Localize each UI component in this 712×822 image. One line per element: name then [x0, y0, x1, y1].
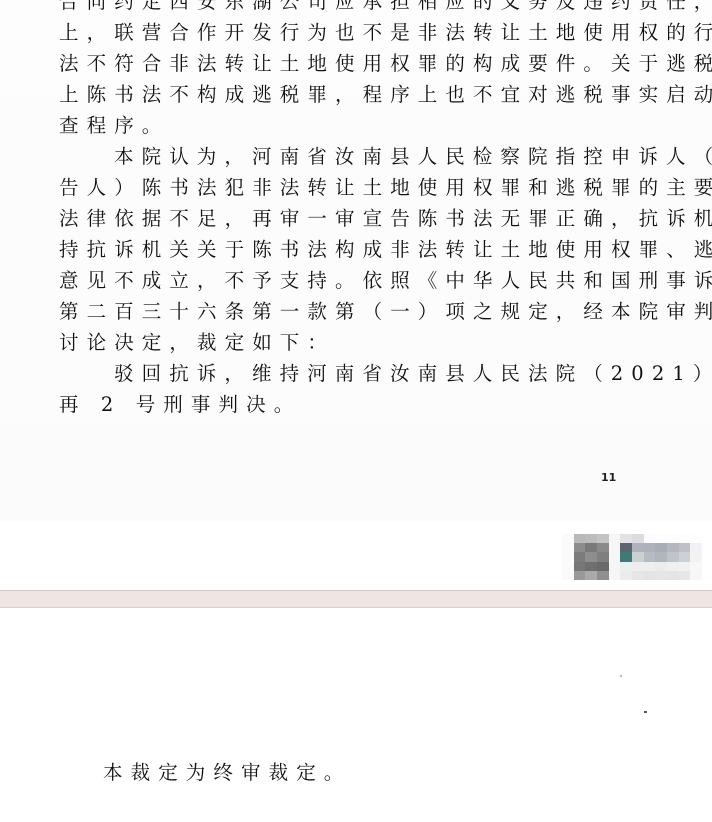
- text-line: 查程序。: [59, 110, 619, 141]
- text-line: 上陈书法不构成逃税罪，程序上也不宜对逃税事实启动再审审: [59, 79, 619, 110]
- text-line: 意见不成立，不予支持。依照《中华人民共和国刑事诉讼法》: [59, 265, 619, 296]
- document-page-12: [0, 608, 712, 822]
- text-line: 法律依据不足，再审一审宣告陈书法无罪正确，抗诉机关及支: [59, 203, 619, 234]
- page-11-body-text: 合同约定西安东湖公司应承担相应的义务及违约责任，在性质 上，联营合作开发行为也不…: [59, 0, 619, 420]
- document-page-11: 合同约定西安东湖公司应承担相应的义务及违约责任，在性质 上，联营合作开发行为也不…: [0, 0, 712, 590]
- text-line: 上，联营合作开发行为也不是非法转让土地使用权的行为，依: [59, 17, 619, 48]
- scan-speck: [644, 711, 647, 713]
- text-line: 持抗诉机关关于陈书法构成非法转让土地使用权罪、逃税罪的: [59, 234, 619, 265]
- text-line: 告人）陈书法犯非法转让土地使用权罪和逃税罪的主要证据和: [59, 172, 619, 203]
- text-line: 第二百三十六条第一款第（一）项之规定，经本院审判委员会: [59, 296, 619, 327]
- final-ruling-line: 本裁定为终审裁定。: [103, 757, 351, 788]
- page-separator: [0, 590, 712, 608]
- scan-speck: [620, 675, 622, 677]
- paragraph-start-line: 驳回抗诉，维持河南省汝南县人民法院（2021）豫 1727 刑: [59, 358, 619, 389]
- text-line: 合同约定西安东湖公司应承担相应的义务及违约责任，在性质: [59, 0, 619, 17]
- page-number: 11: [601, 471, 616, 484]
- text-line: 再 2 号刑事判决。: [59, 389, 619, 420]
- redacted-watermark: [562, 534, 702, 580]
- text-line: 讨论决定，裁定如下：: [59, 327, 619, 358]
- text-line: 法不符合非法转让土地使用权罪的构成要件。关于逃税，实体: [59, 48, 619, 79]
- paragraph-start-line: 本院认为，河南省汝南县人民检察院指控申诉人（原审被: [59, 141, 619, 172]
